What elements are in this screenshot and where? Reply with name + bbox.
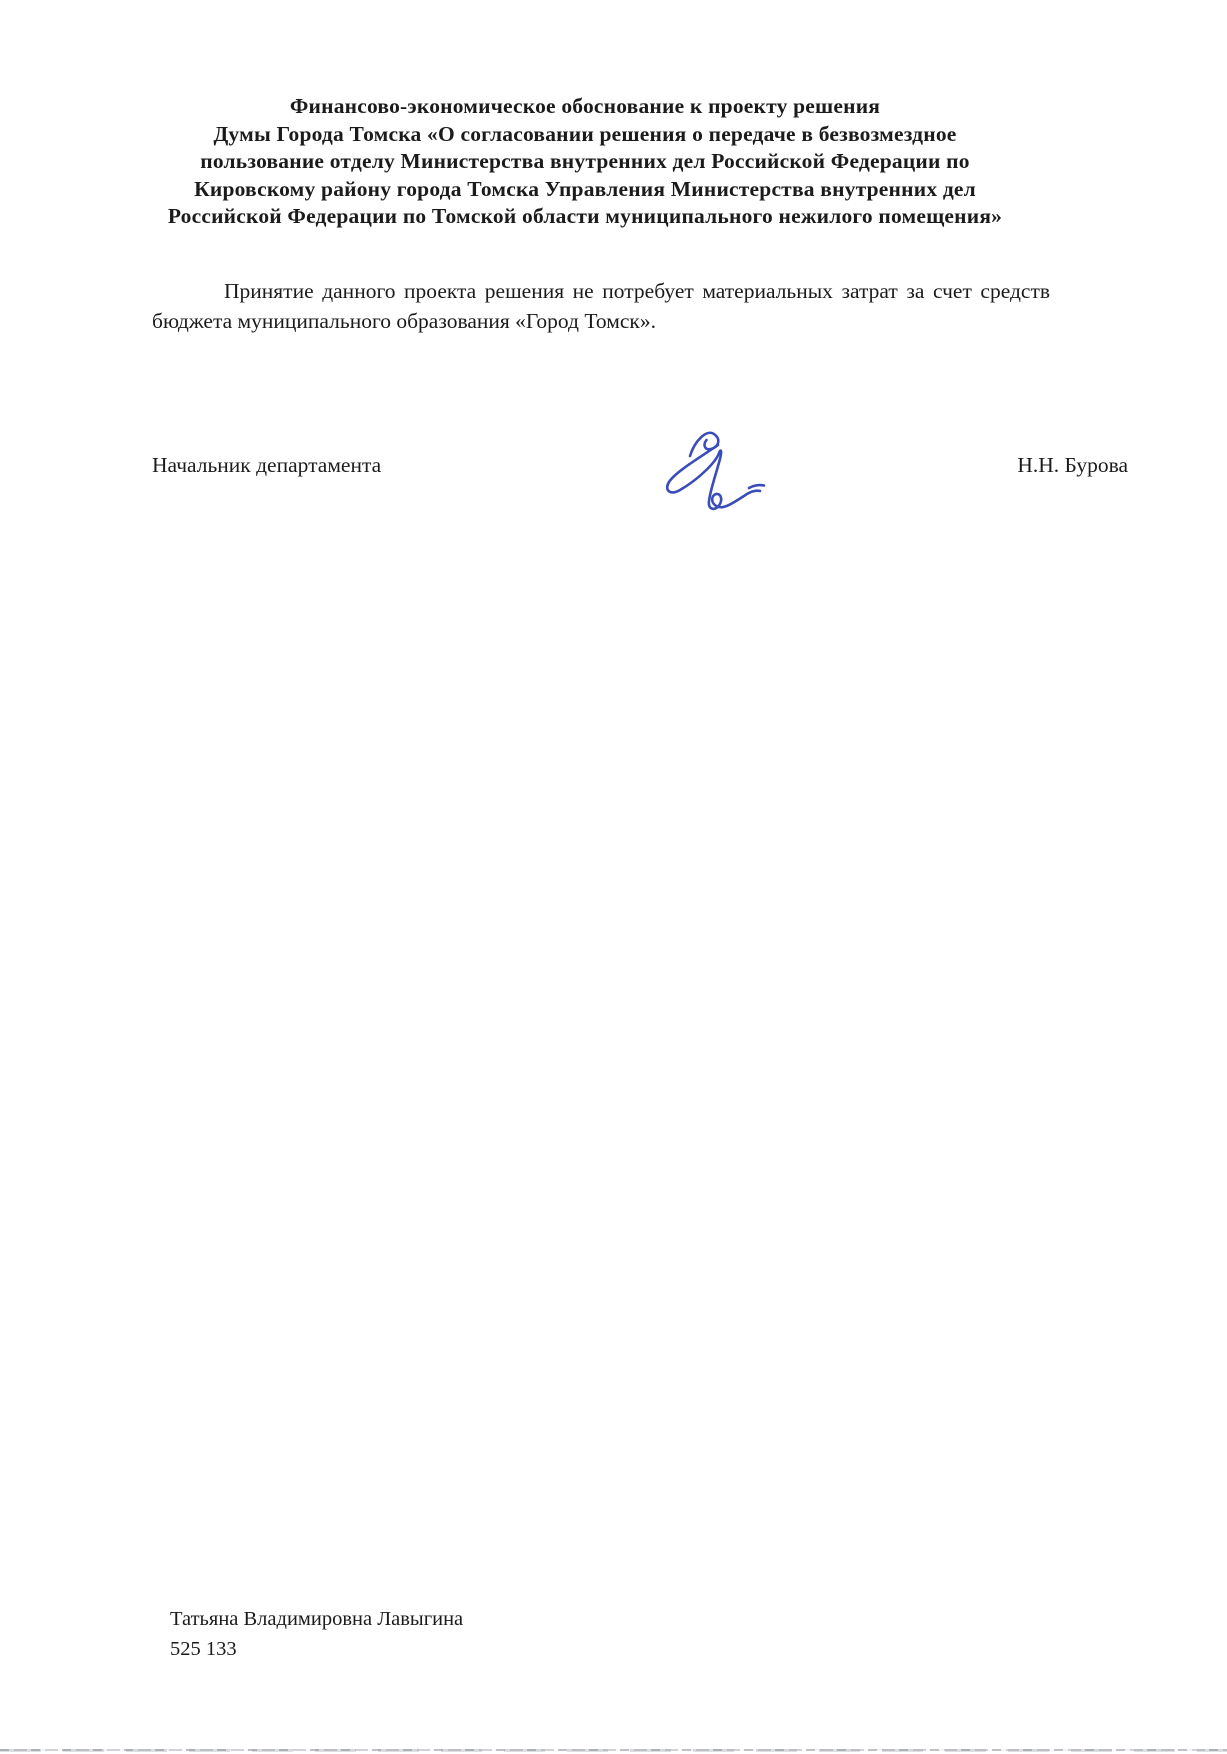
signatory-position-label: Начальник департамента: [152, 452, 381, 479]
signature-stroke-top-curl: [690, 433, 718, 456]
executor-name: Татьяна Владимировна Лавыгина: [170, 1604, 463, 1634]
executor-block: Татьяна Владимировна Лавыгина 525 133: [170, 1604, 463, 1664]
signature-stroke-body: [667, 445, 764, 509]
signatory-name: Н.Н. Бурова: [1017, 452, 1128, 479]
body-paragraph: Принятие данного проекта решения не потр…: [152, 276, 1050, 336]
title-line: Финансово-экономическое обоснование к пр…: [140, 93, 1030, 121]
title-line: Российской Федерации по Томской области …: [140, 203, 1030, 231]
title-line: Кировскому району города Томска Управлен…: [140, 176, 1030, 204]
document-title: Финансово-экономическое обоснование к пр…: [140, 93, 1030, 231]
executor-phone: 525 133: [170, 1634, 463, 1664]
document-page: Финансово-экономическое обоснование к пр…: [0, 0, 1227, 1754]
title-line: Думы Города Томска «О согласовании решен…: [140, 121, 1030, 149]
scan-artifact-line: [0, 1749, 1227, 1752]
handwritten-signature-ink: [652, 425, 770, 521]
title-line: пользование отделу Министерства внутренн…: [140, 148, 1030, 176]
